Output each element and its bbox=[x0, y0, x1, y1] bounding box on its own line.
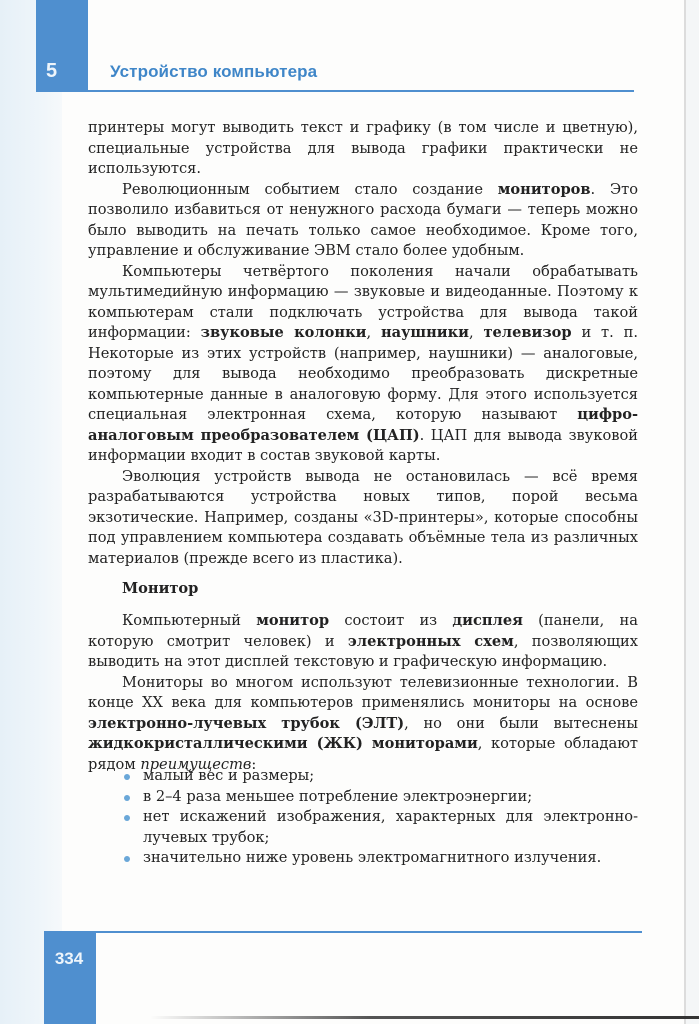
term-display: дисплея bbox=[452, 612, 522, 629]
paragraph-continuation: принтеры могут выводить текст и графику … bbox=[88, 118, 638, 180]
body-text-lower: Компьютерный монитор состоит из дисплея … bbox=[88, 611, 638, 775]
list-item: значительно ниже уровень электромагнитно… bbox=[122, 848, 638, 869]
term-monitors: мониторов bbox=[498, 181, 591, 198]
paragraph-monitors-revolution: Революционным событием стало создание мо… bbox=[88, 180, 638, 262]
list-item: малый вес и размеры; bbox=[122, 766, 638, 787]
term-lcd: жидкокристаллическими (ЖК) мониторами bbox=[88, 735, 478, 752]
body-text-upper: принтеры могут выводить текст и графику … bbox=[88, 118, 638, 569]
paragraph-monitor-technologies: Мониторы во многом используют телевизион… bbox=[88, 673, 638, 776]
page-edge-line bbox=[684, 0, 686, 1024]
paragraph-monitor-definition: Компьютерный монитор состоит из дисплея … bbox=[88, 611, 638, 673]
term-monitor: монитор bbox=[256, 612, 329, 629]
term-speakers: звуковые колонки bbox=[201, 324, 367, 341]
bullet-icon bbox=[124, 795, 130, 801]
footer-rule bbox=[44, 931, 642, 933]
page-outer-edge bbox=[686, 0, 699, 1024]
bullet-icon bbox=[124, 774, 130, 780]
chapter-number: 5 bbox=[46, 60, 57, 83]
header-rule bbox=[36, 90, 634, 92]
bullet-icon bbox=[124, 856, 130, 862]
list-item: нет искажений изображения, характерных д… bbox=[122, 807, 638, 848]
bullet-icon bbox=[124, 815, 130, 821]
term-tv: телевизор bbox=[483, 324, 571, 341]
page-number-tab bbox=[44, 933, 96, 1024]
paragraph-evolution: Эволюция устройств вывода не остановилас… bbox=[88, 467, 638, 570]
section-heading-monitor: Монитор bbox=[122, 579, 198, 600]
term-crt: электронно-лучевых трубок (ЭЛТ) bbox=[88, 715, 404, 732]
page-margin-tint bbox=[0, 0, 62, 1024]
page-number: 334 bbox=[44, 949, 94, 969]
page-bottom-shadow bbox=[150, 1016, 699, 1019]
list-item: в 2–4 раза меньшее потребление электроэн… bbox=[122, 787, 638, 808]
chapter-title: Устройство компьютера bbox=[110, 62, 317, 82]
advantages-list: малый вес и размеры; в 2–4 раза меньшее … bbox=[122, 766, 638, 869]
paragraph-multimedia: Компьютеры четвёртого поколения начали о… bbox=[88, 262, 638, 467]
chapter-tab bbox=[36, 0, 88, 92]
term-electronic-circuits: электронных схем bbox=[348, 633, 514, 650]
term-headphones: наушники bbox=[381, 324, 469, 341]
